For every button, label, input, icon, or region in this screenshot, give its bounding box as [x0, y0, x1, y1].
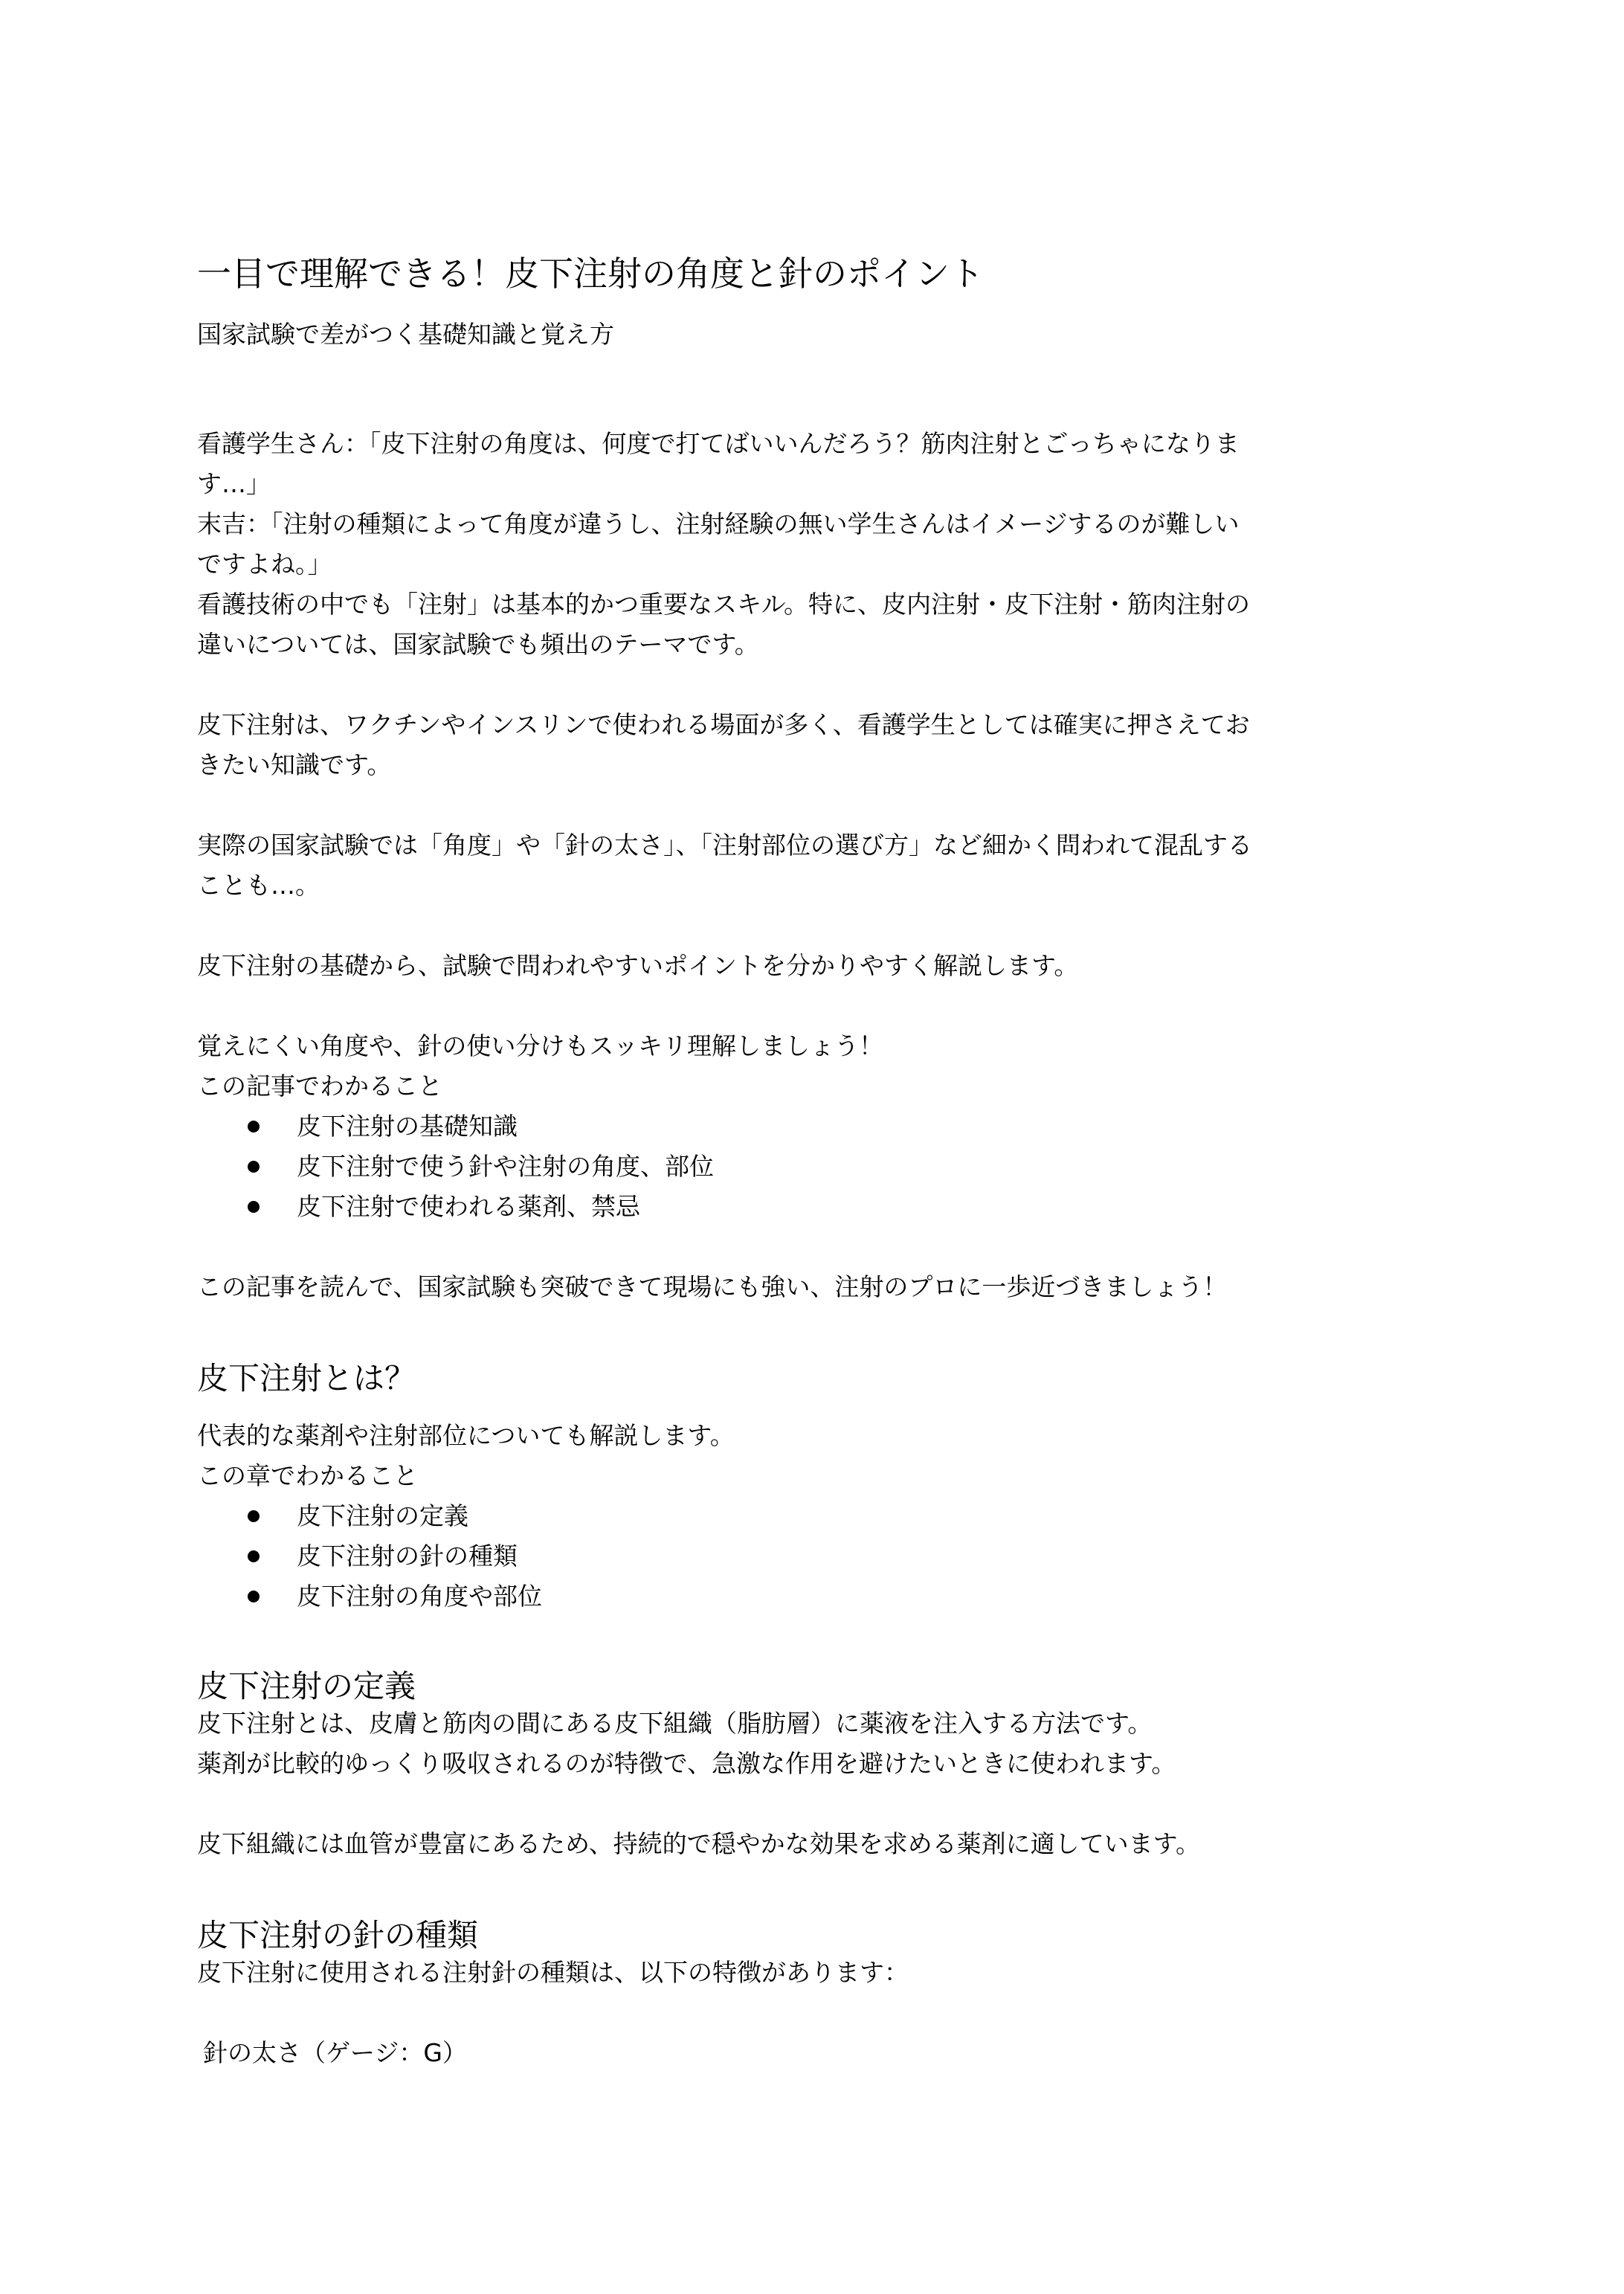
section-heading: 皮下注射とは？ — [197, 1358, 416, 1399]
document-subtitle: 国家試験で差がつく基礎知識と覚え方 — [197, 318, 614, 352]
intro-paragraph-line: ことも…。 — [197, 869, 320, 903]
subsection-paragraph-line: 皮下注射に使用される注射針の種類は、以下の特徴があります： — [197, 1956, 909, 1990]
article-takeaways-label: この記事でわかること — [197, 1069, 442, 1103]
section-paragraph-line: 代表的な薬剤や注射部位についても解説します。 — [197, 1419, 735, 1453]
intro-paragraph-line: 実際の国家試験では「角度」や「針の太さ」、「注射部位の選び方」など細かく問われて… — [197, 828, 1252, 863]
intro-paragraph-line: 違いについては、国家試験でも頻出のテーマです。 — [197, 628, 759, 662]
intro-paragraph-line: 覚えにくい角度や、針の使い分けもスッキリ理解しましょう！ — [197, 1029, 883, 1063]
intro-paragraph-line: 皮下注射は、ワクチンやインスリンで使われる場面が多く、看護学生としては確実に押さ… — [197, 708, 1250, 742]
dialogue-student-line-1: 看護学生さん：「皮下注射の角度は、何度で打てばいいんだろう？筋肉注射とごっちゃに… — [197, 427, 1240, 461]
chapter-takeaways-label: この章でわかること — [197, 1459, 418, 1493]
intro-paragraph-line: きたい知識です。 — [197, 748, 391, 782]
bullet-icon — [248, 1161, 260, 1173]
needle-gauge-label: 針の太さ（ゲージ：G） — [203, 2036, 467, 2070]
dialogue-sueyoshi-line-2: ですよね。」 — [197, 547, 332, 581]
bullet-icon — [248, 1550, 260, 1562]
subsection-heading: 皮下注射の針の種類 — [197, 1915, 478, 1956]
intro-closing: この記事を読んで、国家試験も突破できて現場にも強い、注射のプロに一歩近づきましょ… — [197, 1270, 1227, 1304]
bullet-icon — [248, 1201, 260, 1213]
dialogue-sueyoshi-line-1: 末吉：「注射の種類によって角度が違うし、注射経験の無い学生さんはイメージするのが… — [197, 507, 1240, 541]
subsection-paragraph-line: 皮下組織には血管が豊富にあるため、持続的で穏やかな効果を求める薬剤に適しています… — [197, 1827, 1200, 1861]
intro-paragraph-line: 皮下注射の基礎から、試験で問われやすいポイントを分かりやすく解説します。 — [197, 949, 1078, 983]
intro-paragraph-line: 看護技術の中でも「注射」は基本的かつ重要なスキル。特に、皮内注射・皮下注射・筋肉… — [197, 587, 1250, 622]
dialogue-student-line-2: す…」 — [197, 467, 271, 501]
subsection-paragraph-line: 薬剤が比較的ゆっくり吸収されるのが特徴で、急激な作用を避けたいときに使われます。 — [197, 1747, 1176, 1781]
document-title: 一目で理解できる！皮下注射の角度と針のポイント — [197, 251, 984, 296]
bullet-icon — [248, 1121, 260, 1132]
subsection-paragraph-line: 皮下注射とは、皮膚と筋肉の間にある皮下組織（脂肪層）に薬液を注入する方法です。 — [197, 1707, 1152, 1741]
bullet-icon — [248, 1510, 260, 1522]
subsection-heading: 皮下注射の定義 — [197, 1666, 416, 1707]
bullet-icon — [248, 1591, 260, 1602]
